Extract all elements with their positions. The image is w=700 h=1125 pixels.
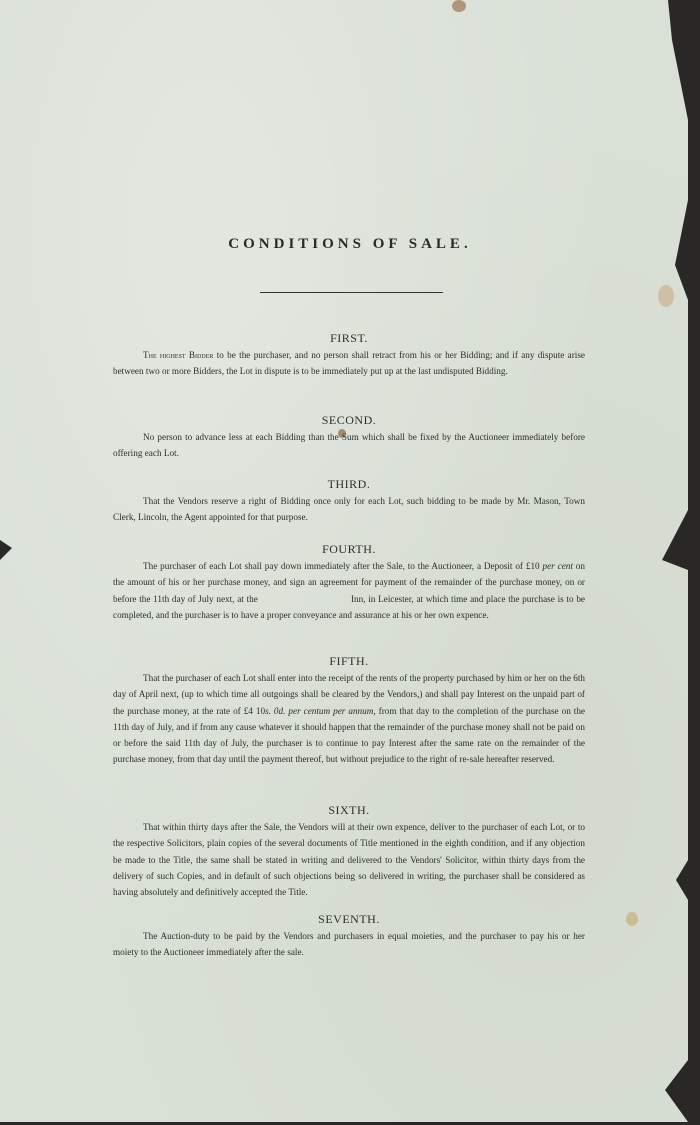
document-page: CONDITIONS OF SALE. FIRST. The highest B… (0, 0, 688, 1122)
stain (658, 285, 674, 307)
condition-fifth: FIFTH. That the purchaser of each Lot sh… (113, 653, 585, 767)
condition-second: SECOND. No person to advance less at eac… (113, 412, 585, 462)
condition-body: That the Vendors reserve a right of Bidd… (113, 493, 585, 525)
condition-body: The highest Bidder to be the purchaser, … (113, 347, 585, 379)
condition-third: THIRD. That the Vendors reserve a right … (113, 476, 585, 526)
condition-fourth: FOURTH. The purchaser of each Lot shall … (113, 541, 585, 623)
condition-body: The Auction-duty to be paid by the Vendo… (113, 928, 585, 960)
condition-body: That the purchaser of each Lot shall ent… (113, 670, 585, 767)
condition-heading: SIXTH. (113, 802, 585, 818)
title-divider (260, 292, 443, 293)
condition-body: That within thirty days after the Sale, … (113, 819, 585, 900)
page-title: CONDITIONS OF SALE. (0, 236, 700, 253)
condition-first: FIRST. The highest Bidder to be the purc… (113, 330, 585, 380)
condition-sixth: SIXTH. That within thirty days after the… (113, 802, 585, 900)
condition-seventh: SEVENTH. The Auction-duty to be paid by … (113, 911, 585, 961)
stain (626, 912, 638, 926)
stain (452, 0, 466, 12)
condition-heading: SEVENTH. (113, 911, 585, 927)
condition-heading: FOURTH. (113, 541, 585, 557)
condition-heading: THIRD. (113, 476, 585, 492)
condition-heading: FIRST. (113, 330, 585, 346)
condition-heading: FIFTH. (113, 653, 585, 669)
condition-body: The purchaser of each Lot shall pay down… (113, 558, 585, 623)
condition-heading: SECOND. (113, 412, 585, 428)
condition-body: No person to advance less at each Biddin… (113, 429, 585, 461)
